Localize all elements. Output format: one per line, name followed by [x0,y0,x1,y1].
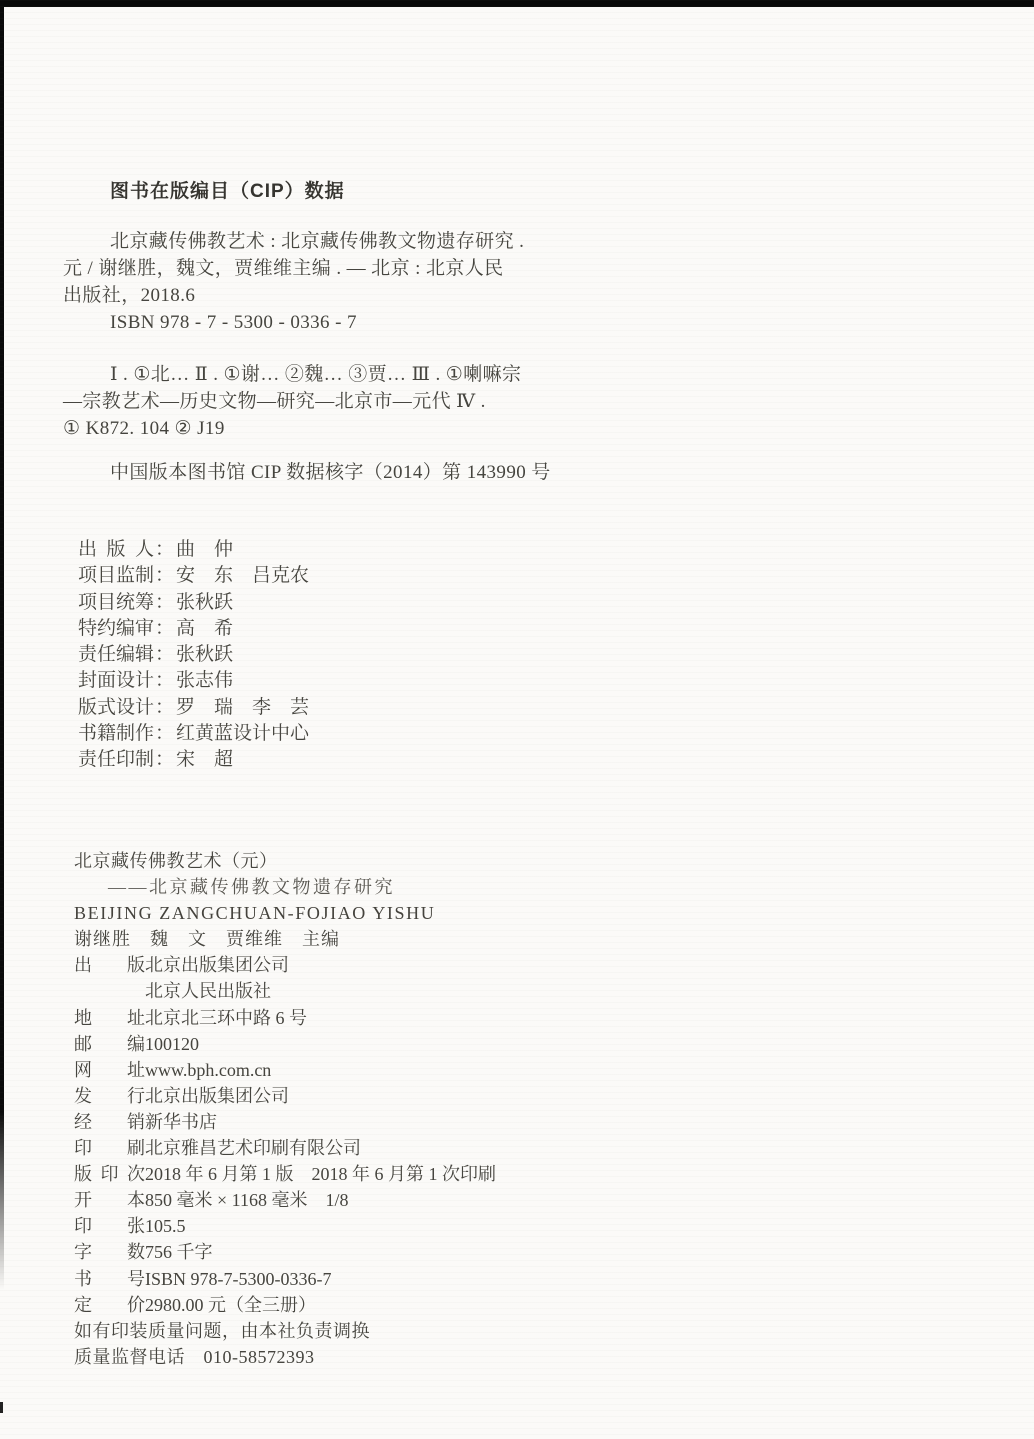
cip-verification-number: 中国版本图书馆 CIP 数据核字（2014）第 143990 号 [110,459,551,486]
staff-role: 责任印制 [78,747,154,773]
colophon-value: 新华书店 [145,1109,217,1135]
colophon-label: 印刷 [74,1135,145,1161]
colophon-block: 北京藏传佛教艺术（元） ——北京藏传佛教文物遗存研究 BEIJING ZANGC… [74,848,496,1370]
colophon-row: 开本850 毫米 × 1168 毫米 1/8 [74,1187,496,1213]
staff-row: 责任编辑：张秋跃 [78,642,309,668]
colophon-label: 经销 [74,1109,145,1135]
colophon-value: 850 毫米 × 1168 毫米 1/8 [145,1187,348,1213]
cip-record-line: 北京藏传佛教艺术 : 北京藏传佛教文物遗存研究 . [63,228,524,255]
colon: ： [155,537,174,563]
colophon-label: 出版 [74,952,145,978]
staff-name: 曲 仲 [176,537,233,563]
book-title-pinyin: BEIJING ZANGCHUAN-FOJIAO YISHU [74,900,496,926]
staff-name: 张秋跃 [176,642,233,668]
colophon-row: 字数756 千字 [74,1239,496,1265]
colophon-row: 印刷北京雅昌艺术印刷有限公司 [74,1135,496,1161]
colon: ： [155,668,174,694]
staff-row: 封面设计：张志伟 [78,668,309,694]
scan-edge-top [0,0,1034,7]
staff-role: 书籍制作 [78,721,154,747]
colophon-value: 2018 年 6 月第 1 版 2018 年 6 月第 1 次印刷 [145,1161,496,1187]
staff-name: 罗 瑞 李 芸 [176,695,309,721]
quality-note: 如有印装质量问题，由本社负责调换 [74,1318,496,1344]
staff-name: 安 东 吕克农 [176,563,309,589]
colon: ： [155,616,174,642]
colophon-value: ISBN 978-7-5300-0336-7 [145,1266,332,1292]
cip-record-block: 北京藏传佛教艺术 : 北京藏传佛教文物遗存研究 . 元 / 谢继胜，魏文，贾维维… [63,228,524,336]
colophon-value: 100120 [145,1031,199,1057]
cip-classification-block: Ⅰ . ①北… Ⅱ . ①谢… ②魏… ③贾… Ⅲ . ①喇嘛宗 —宗教艺术—历… [63,361,521,442]
isbn-line: ISBN 978 - 7 - 5300 - 0336 - 7 [63,309,524,336]
staff-role: 版式设计 [78,695,154,721]
colophon-row: 发行北京出版集团公司 [74,1083,496,1109]
staff-row: 责任印制：宋 超 [78,747,309,773]
staff-row: 项目监制：安 东 吕克农 [78,563,309,589]
colophon-label: 印张 [74,1213,145,1239]
cip-copyright-page: { "colors": { "paper": "#fbfaf8", "ink":… [0,0,1034,1439]
staff-row: 书籍制作：红黄蓝设计中心 [78,721,309,747]
colon: ： [155,747,174,773]
staff-name: 张志伟 [176,668,233,694]
colophon-label: 网址 [74,1057,145,1083]
colon: ： [155,563,174,589]
colophon-row: 经销新华书店 [74,1109,496,1135]
staff-name: 宋 超 [176,747,233,773]
staff-row: 版式设计：罗 瑞 李 芸 [78,695,309,721]
staff-role: 封面设计 [78,668,154,694]
colophon-label: 开本 [74,1187,145,1213]
staff-role: 项目统筹 [78,590,154,616]
colophon-value: 北京人民出版社 [145,978,271,1004]
staff-role: 责任编辑 [78,642,154,668]
colophon-label: 版印次 [74,1161,145,1187]
colophon-row: 网址www.bph.com.cn [74,1057,496,1083]
staff-row: 特约编审：高 希 [78,616,309,642]
staff-row: 出版人：曲 仲 [78,537,309,563]
staff-role: 特约编审 [78,616,154,642]
colophon-label: 书号 [74,1266,145,1292]
colophon-row: 邮编100120 [74,1031,496,1057]
scan-edge-left [0,0,4,1290]
classification-line: —宗教艺术—历史文物—研究—北京市—元代 Ⅳ . [63,388,521,415]
colophon-row: 北京人民出版社 [74,978,496,1004]
staff-name: 张秋跃 [176,590,233,616]
colon: ： [155,695,174,721]
book-subtitle: ——北京藏传佛教文物遗存研究 [74,874,496,900]
classification-line: Ⅰ . ①北… Ⅱ . ①谢… ②魏… ③贾… Ⅲ . ①喇嘛宗 [63,361,521,388]
colophon-row: 版印次2018 年 6 月第 1 版 2018 年 6 月第 1 次印刷 [74,1161,496,1187]
colophon-label [74,978,145,1004]
staff-role: 出版人 [78,537,154,563]
editors-line: 谢继胜 魏 文 贾维维 主编 [74,926,496,952]
colophon-value: 756 千字 [145,1239,213,1265]
colophon-row: 书号ISBN 978-7-5300-0336-7 [74,1266,496,1292]
scan-edge-speck [0,1402,3,1413]
colophon-label: 发行 [74,1083,145,1109]
colon: ： [155,590,174,616]
colon: ： [155,721,174,747]
book-title: 北京藏传佛教艺术（元） [74,848,496,874]
colophon-row: 印张105.5 [74,1213,496,1239]
colophon-label: 邮编 [74,1031,145,1057]
colophon-row: 出版北京出版集团公司 [74,952,496,978]
cip-header: 图书在版编目（CIP）数据 [110,176,345,203]
colophon-label: 地址 [74,1005,145,1031]
staff-list: 出版人：曲 仲 项目监制：安 东 吕克农 项目统筹：张秋跃 特约编审：高 希 责… [78,537,309,774]
cip-record-line: 元 / 谢继胜，魏文，贾维维主编 . — 北京 : 北京人民 [63,255,524,282]
colophon-value: 北京北三环中路 6 号 [145,1005,307,1031]
classification-line: ① K872. 104 ② J19 [63,415,521,442]
colophon-row: 地址北京北三环中路 6 号 [74,1005,496,1031]
staff-name: 红黄蓝设计中心 [176,721,309,747]
colophon-value: 2980.00 元（全三册） [145,1292,316,1318]
quality-phone: 质量监督电话 010-58572393 [74,1344,496,1370]
staff-name: 高 希 [176,616,233,642]
staff-role: 项目监制 [78,563,154,589]
colon: ： [155,642,174,668]
colophon-value: 105.5 [145,1213,186,1239]
colophon-label: 字数 [74,1239,145,1265]
staff-row: 项目统筹：张秋跃 [78,590,309,616]
cip-record-line: 出版社，2018.6 [63,282,524,309]
colophon-row: 定价2980.00 元（全三册） [74,1292,496,1318]
colophon-value: 北京出版集团公司 [145,952,289,978]
colophon-value: 北京雅昌艺术印刷有限公司 [145,1135,361,1161]
colophon-value: 北京出版集团公司 [145,1083,289,1109]
colophon-value: www.bph.com.cn [145,1057,271,1083]
colophon-label: 定价 [74,1292,145,1318]
